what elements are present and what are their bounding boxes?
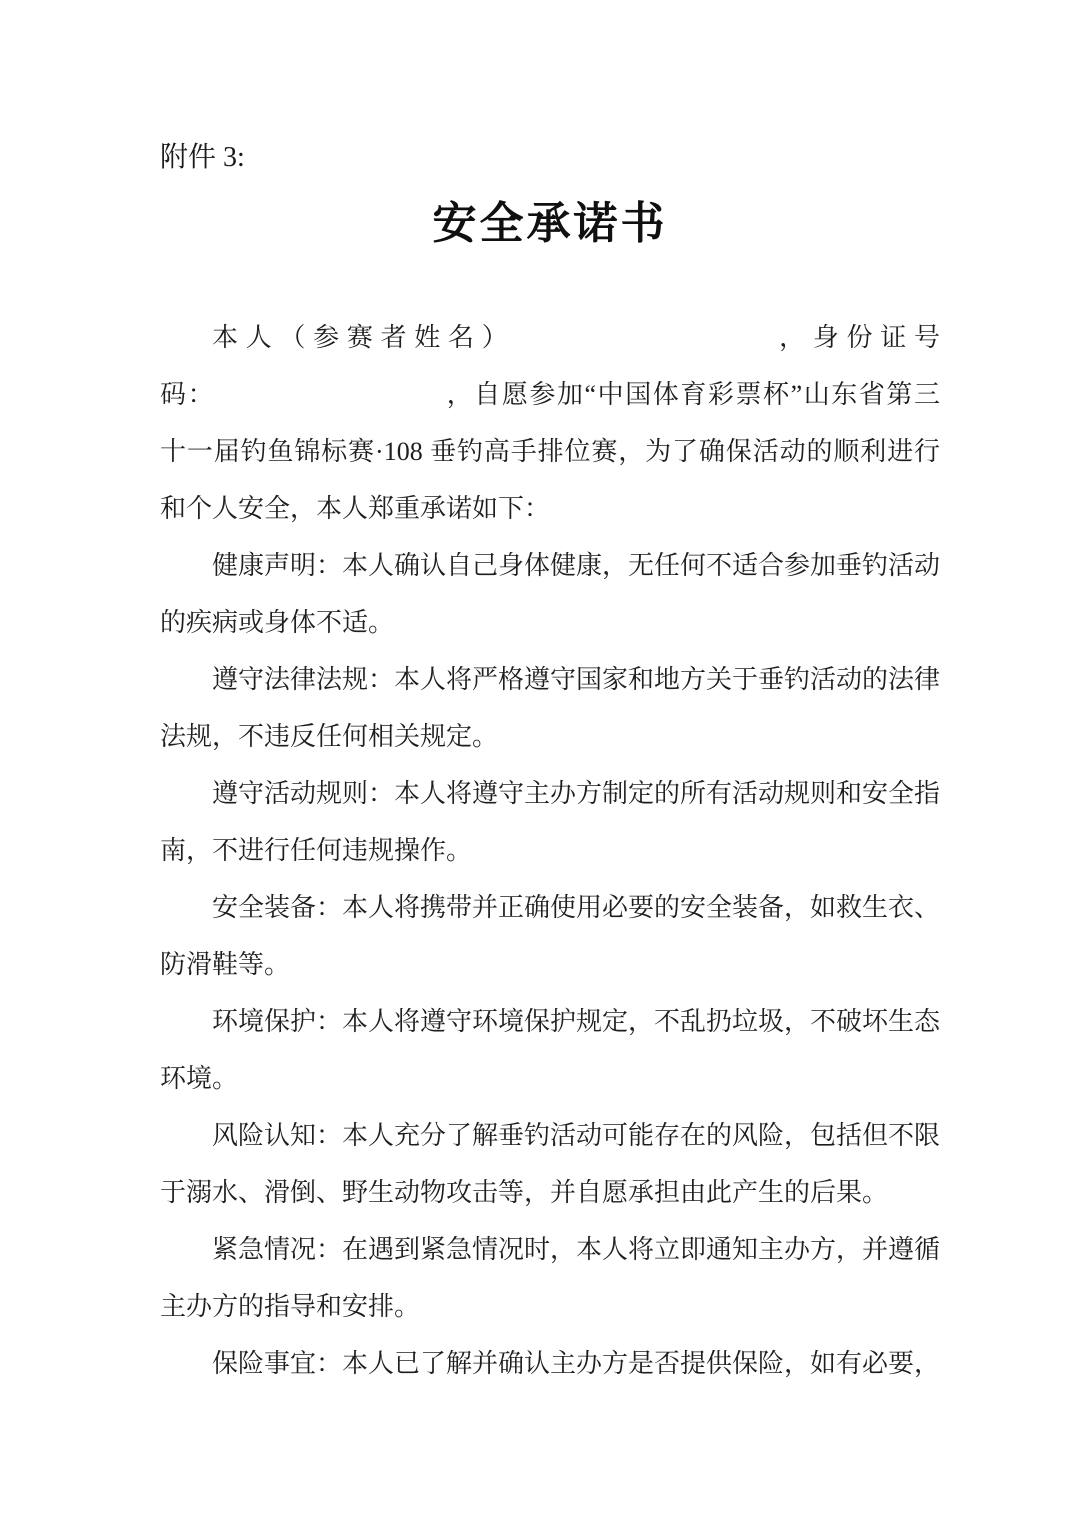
document-body: 本人（参赛者姓名），身份证号 码：，自愿参加“中国体育彩票杯”山东省第三 十一届… [160,309,940,1392]
intro-text-1: 本人（参赛者姓名） [212,323,515,352]
intro-text-5: 十一届钓鱼锦标赛·108 垂钓高手排位赛，为了确保活动的顺利进行和个人安全，本人… [160,423,940,537]
clause-health-statement: 健康声明：本人确认自己身体健康，无任何不适合参加垂钓活动的疾病或身体不适。 [160,537,940,651]
clause-risk-awareness: 风险认知：本人充分了解垂钓活动可能存在的风险，包括但不限于溺水、滑倒、野生动物攻… [160,1107,940,1221]
attachment-label: 附件 3: [160,140,940,176]
intro-text-4: ，自愿参加“中国体育彩票杯”山东省第三 [445,380,940,409]
participant-name-field[interactable] [515,344,771,346]
clause-environment-protection: 环境保护：本人将遵守环境保护规定，不乱扔垃圾，不破坏生态环境。 [160,993,940,1107]
document-title: 安全承诺书 [160,196,940,252]
intro-paragraph: 本人（参赛者姓名），身份证号 码：，自愿参加“中国体育彩票杯”山东省第三 十一届… [160,309,940,537]
clause-obey-laws: 遵守法律法规：本人将严格遵守国家和地方关于垂钓活动的法律法规，不违反任何相关规定… [160,651,940,765]
intro-text-3: 码： [160,380,215,409]
document-page: 附件 3: 安全承诺书 本人（参赛者姓名），身份证号 码：，自愿参加“中国体育彩… [0,0,1080,1527]
intro-line-1: 本人（参赛者姓名），身份证号 [160,309,940,366]
clause-emergency: 紧急情况：在遇到紧急情况时，本人将立即通知主办方，并遵循主办方的指导和安排。 [160,1221,940,1335]
id-number-field[interactable] [215,401,445,403]
clause-safety-equipment: 安全装备：本人将携带并正确使用必要的安全装备，如救生衣、防滑鞋等。 [160,879,940,993]
intro-line-2: 码：，自愿参加“中国体育彩票杯”山东省第三 [160,366,940,423]
clause-obey-rules: 遵守活动规则：本人将遵守主办方制定的所有活动规则和安全指南，不进行任何违规操作。 [160,765,940,879]
document-content: 附件 3: 安全承诺书 本人（参赛者姓名），身份证号 码：，自愿参加“中国体育彩… [0,0,1080,1392]
intro-text-2: ，身份证号 [771,323,940,352]
clause-insurance: 保险事宜：本人已了解并确认主办方是否提供保险，如有必要， [160,1335,940,1392]
